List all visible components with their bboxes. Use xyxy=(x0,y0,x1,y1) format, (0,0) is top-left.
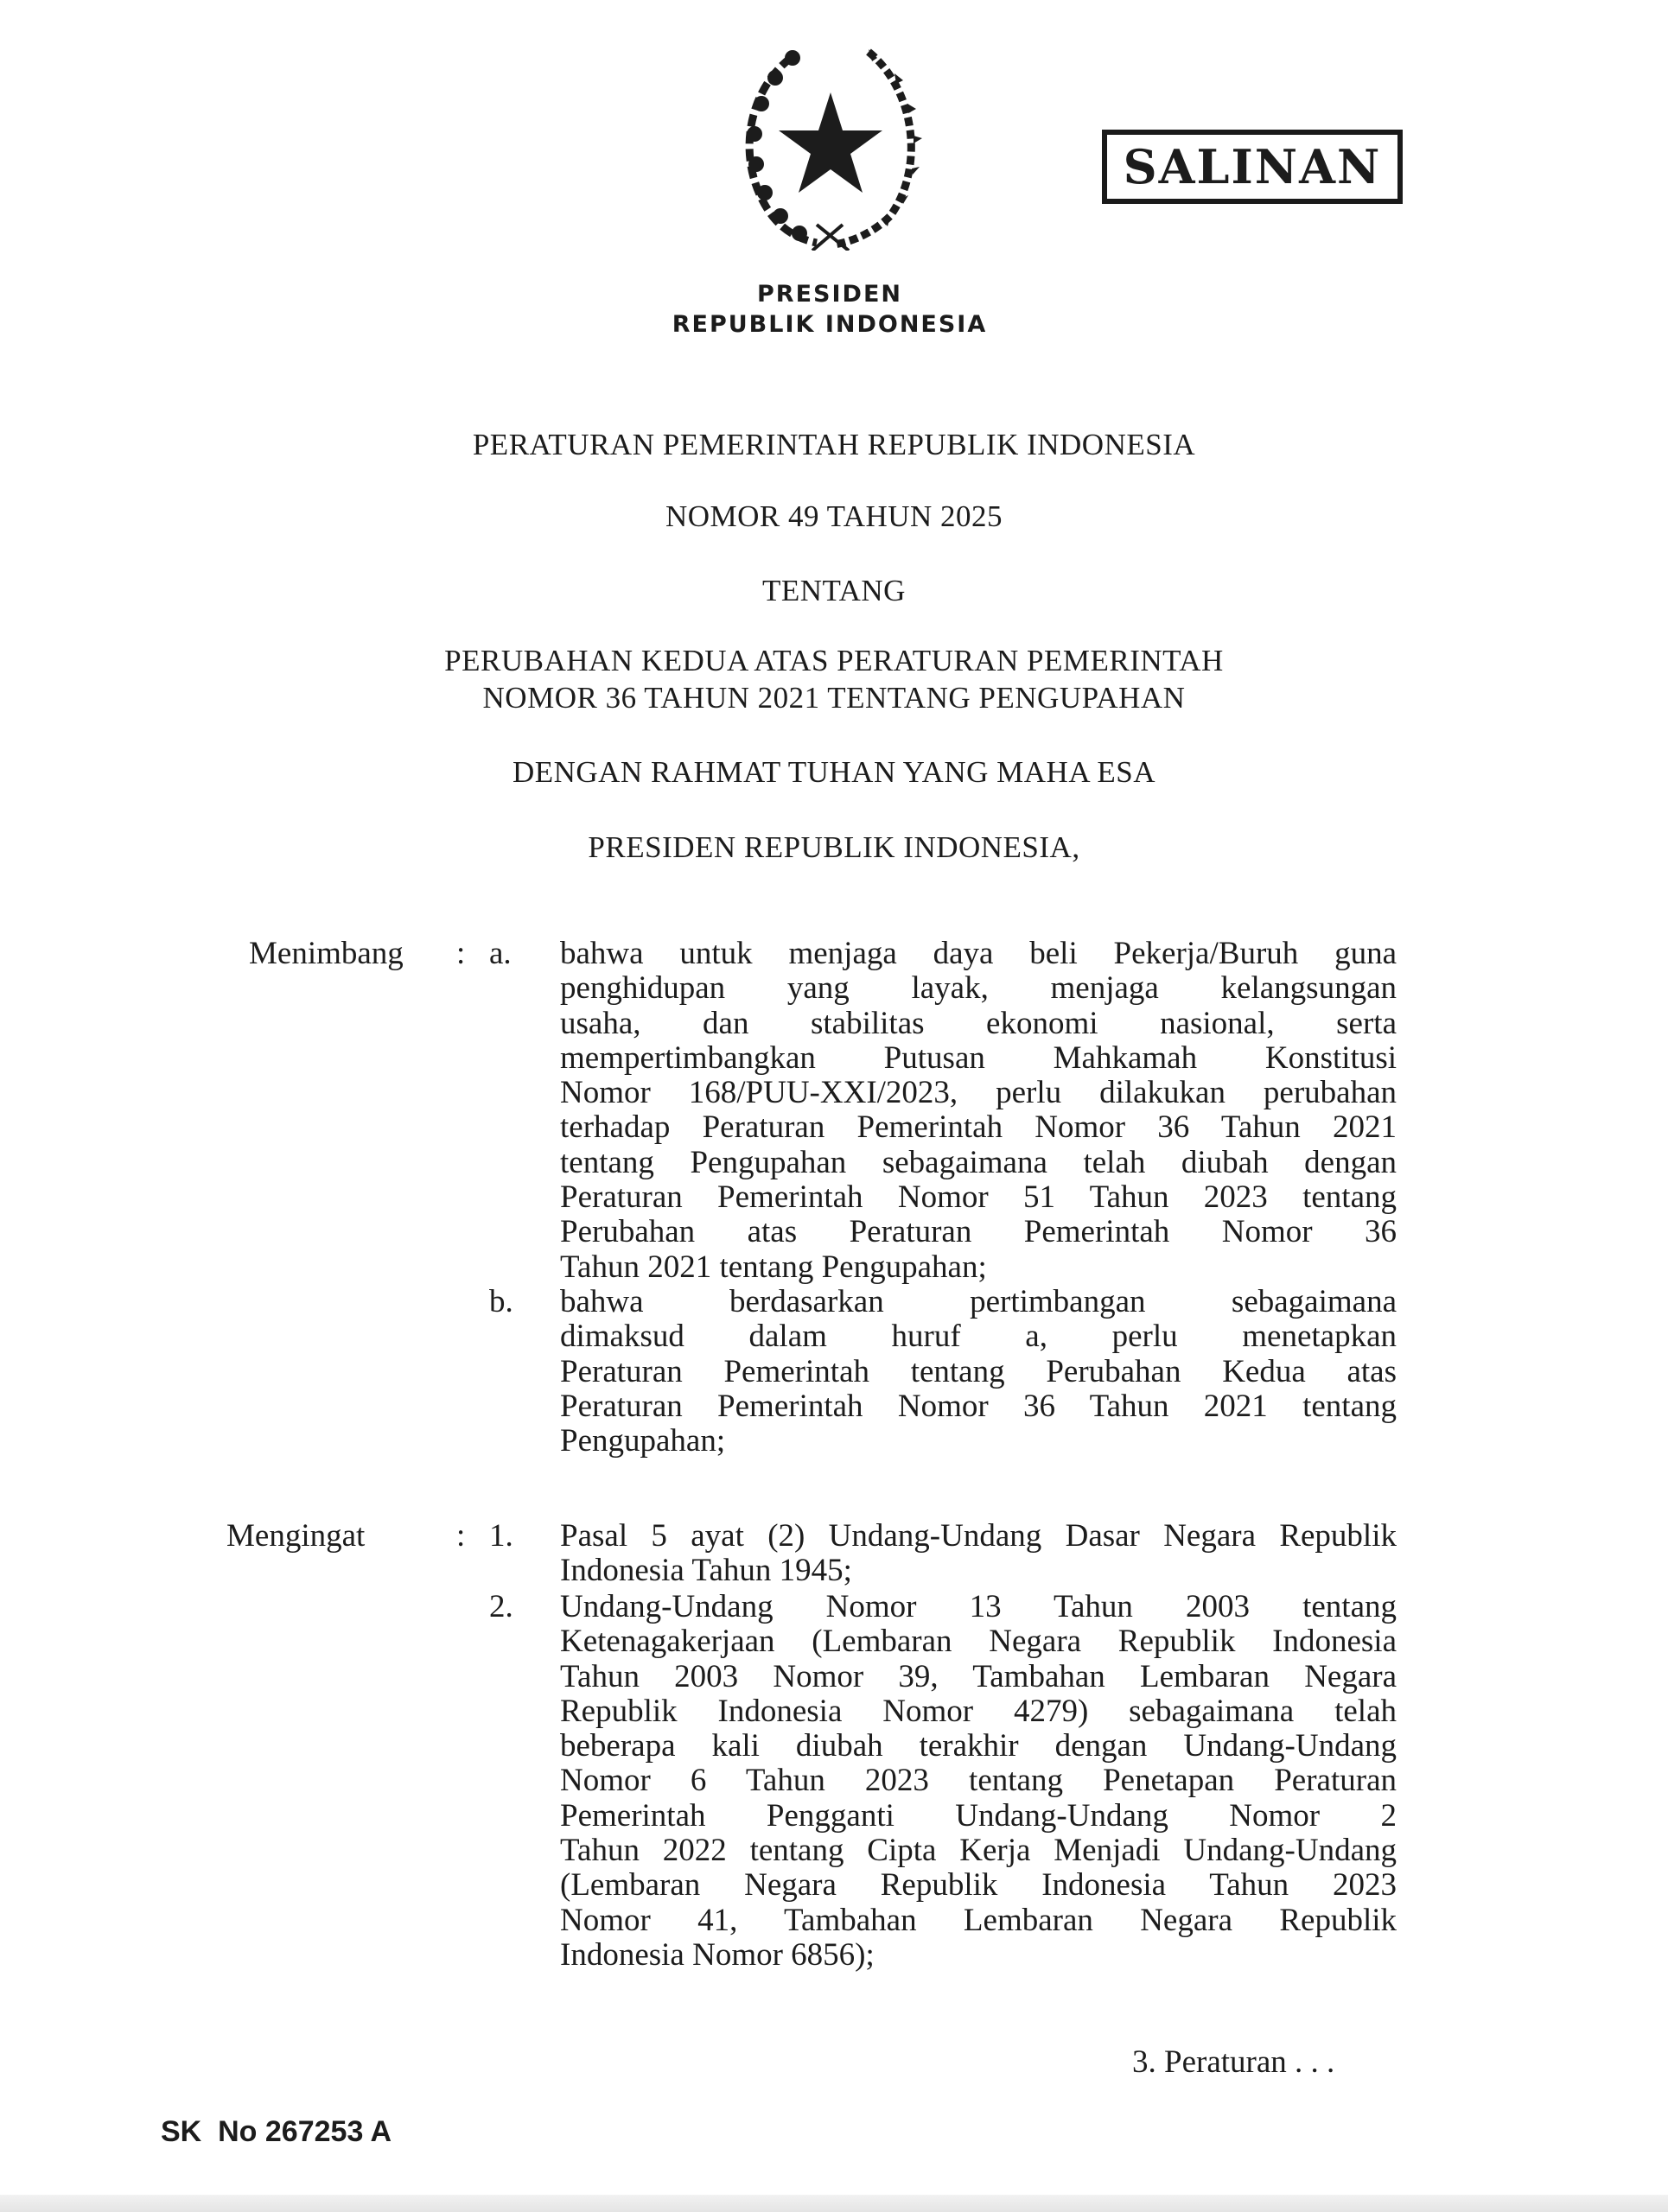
paragraph-line: penghidupan yang layak, menjaga kelangsu… xyxy=(560,971,1397,1006)
mengingat-label: Mengingat xyxy=(226,1519,365,1554)
paragraph-line: tentang Pengupahan sebagaimana telah diu… xyxy=(560,1146,1397,1180)
mengingat-colon: : xyxy=(456,1519,465,1554)
mengingat-item-1: Pasal 5 ayat (2) Undang-Undang Dasar Neg… xyxy=(560,1519,1397,1589)
scan-edge xyxy=(0,2195,1668,2212)
menimbang-marker-a: a. xyxy=(489,937,541,971)
preamble-divine: DENGAN RAHMAT TUHAN YANG MAHA ESA xyxy=(0,755,1668,790)
regulation-type: PERATURAN PEMERINTAH REPUBLIK INDONESIA xyxy=(0,428,1668,462)
paragraph-line: Nomor 168/PUU-XXI/2023, perlu dilakukan … xyxy=(560,1076,1397,1110)
office-line-republik: REPUBLIK INDONESIA xyxy=(570,311,1089,338)
mengingat-marker-1: 1. xyxy=(489,1519,541,1554)
paragraph-line: dimaksud dalam huruf a, perlu menetapkan xyxy=(560,1319,1397,1354)
tentang-heading: TENTANG xyxy=(0,574,1668,608)
serial-number: SK No 267253 A xyxy=(161,2115,392,2149)
paragraph-line: Pasal 5 ayat (2) Undang-Undang Dasar Neg… xyxy=(560,1519,1397,1554)
continuation-marker: 3. Peraturan . . . xyxy=(1132,2044,1334,2081)
menimbang-label: Menimbang xyxy=(249,937,404,971)
salinan-stamp: SALINAN xyxy=(1102,130,1403,204)
paragraph-line: Nomor 6 Tahun 2023 tentang Penetapan Per… xyxy=(560,1764,1397,1798)
subject-line-1: PERUBAHAN KEDUA ATAS PERATURAN PEMERINTA… xyxy=(0,644,1668,678)
presidential-emblem-icon xyxy=(730,39,931,251)
menimbang-colon: : xyxy=(456,937,465,971)
preamble-president: PRESIDEN REPUBLIK INDONESIA, xyxy=(0,830,1668,865)
paragraph-line: Pengupahan; xyxy=(560,1424,1397,1459)
paragraph-line: bahwa berdasarkan pertimbangan sebagaima… xyxy=(560,1285,1397,1319)
mengingat-item-2: Undang-Undang Nomor 13 Tahun 2003 tentan… xyxy=(560,1590,1397,1973)
paragraph-line: Peraturan Pemerintah Nomor 36 Tahun 2021… xyxy=(560,1389,1397,1424)
paragraph-line: Peraturan Pemerintah tentang Perubahan K… xyxy=(560,1355,1397,1389)
paragraph-line: mempertimbangkan Putusan Mahkamah Konsti… xyxy=(560,1041,1397,1076)
paragraph-line: Pemerintah Pengganti Undang-Undang Nomor… xyxy=(560,1799,1397,1834)
menimbang-marker-b: b. xyxy=(489,1285,541,1319)
paragraph-line: Perubahan atas Peraturan Pemerintah Nomo… xyxy=(560,1215,1397,1249)
paragraph-line: Republik Indonesia Nomor 4279) sebagaima… xyxy=(560,1694,1397,1729)
menimbang-item-b: bahwa berdasarkan pertimbangan sebagaima… xyxy=(560,1285,1397,1459)
paragraph-line: Tahun 2021 tentang Pengupahan; xyxy=(560,1250,1397,1285)
salinan-label: SALINAN xyxy=(1124,139,1382,194)
paragraph-line: (Lembaran Negara Republik Indonesia Tahu… xyxy=(560,1868,1397,1903)
paragraph-line: usaha, dan stabilitas ekonomi nasional, … xyxy=(560,1007,1397,1041)
paragraph-line: Peraturan Pemerintah Nomor 51 Tahun 2023… xyxy=(560,1180,1397,1215)
menimbang-item-a: bahwa untuk menjaga daya beli Pekerja/Bu… xyxy=(560,937,1397,1285)
paragraph-line: beberapa kali diubah terakhir dengan Und… xyxy=(560,1729,1397,1764)
paragraph-line: Ketenagakerjaan (Lembaran Negara Republi… xyxy=(560,1624,1397,1659)
paragraph-line: Tahun 2022 tentang Cipta Kerja Menjadi U… xyxy=(560,1834,1397,1868)
mengingat-marker-2: 2. xyxy=(489,1590,541,1624)
paragraph-line: Nomor 41, Tambahan Lembaran Negara Repub… xyxy=(560,1904,1397,1938)
paragraph-line: Undang-Undang Nomor 13 Tahun 2003 tentan… xyxy=(560,1590,1397,1624)
paragraph-line: Indonesia Nomor 6856); xyxy=(560,1938,1397,1973)
paragraph-line: Indonesia Tahun 1945; xyxy=(560,1554,1397,1588)
regulation-number: NOMOR 49 TAHUN 2025 xyxy=(0,499,1668,534)
paragraph-line: Tahun 2003 Nomor 39, Tambahan Lembaran N… xyxy=(560,1660,1397,1694)
office-line-presiden: PRESIDEN xyxy=(570,281,1089,308)
subject-line-2: NOMOR 36 TAHUN 2021 TENTANG PENGUPAHAN xyxy=(0,681,1668,715)
paragraph-line: bahwa untuk menjaga daya beli Pekerja/Bu… xyxy=(560,937,1397,971)
paragraph-line: terhadap Peraturan Pemerintah Nomor 36 T… xyxy=(560,1110,1397,1145)
